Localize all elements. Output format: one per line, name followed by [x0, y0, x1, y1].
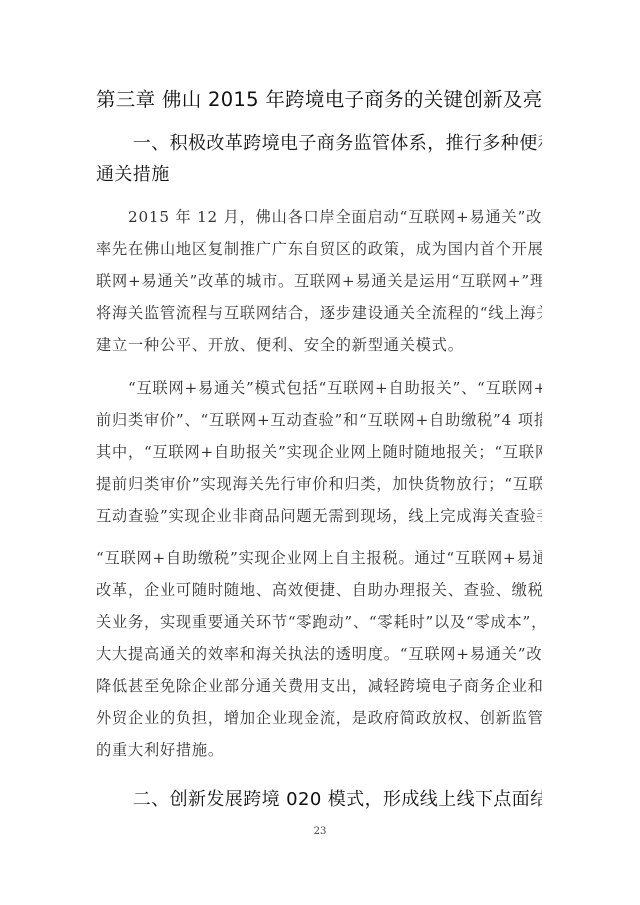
paragraph-2-line-7: 改革，企业可随时随地、高效便捷、自助办理报关、查验、缴税等通 — [96, 579, 542, 600]
paragraph-2-line-12: 的重大利好措施。 — [96, 739, 542, 760]
document-page: 第三章 佛山 2015 年跨境电子商务的关键创新及亮点 一、积极改革跨境电子商务… — [0, 0, 640, 905]
page-number: 23 — [0, 826, 640, 837]
paragraph-2-line-1: “互联网+易通关”模式包括“互联网+自助报关”、“互联网+提 — [96, 377, 542, 398]
paragraph-2-line-11: 外贸企业的负担，增加企业现金流，是政府简政放权、创新监管方式 — [96, 707, 542, 728]
paragraph-2-line-8: 关业务，实现重要通关环节“零跑动”、“零耗时”以及“零成本”， — [96, 611, 542, 632]
paragraph-2-line-5: 互动查验”实现企业非商品问题无需到现场，线上完成海关查验手续； — [96, 505, 542, 526]
chapter-title: 第三章 佛山 2015 年跨境电子商务的关键创新及亮点 — [96, 84, 542, 112]
section-heading-1-line-1: 一、积极改革跨境电子商务监管体系，推行多种便利化 — [96, 129, 542, 155]
paragraph-2-line-2: 前归类审价”、“互联网+互动查验”和“互联网+自助缴税”4 项措施。 — [96, 409, 542, 430]
paragraph-1-line-5: 建立一种公平、开放、便利、安全的新型通关模式。 — [96, 334, 542, 355]
paragraph-2-line-9: 大大提高通关的效率和海关执法的透明度。“互联网+易通关”改革还 — [96, 643, 542, 664]
paragraph-1-line-1: 2015 年 12 月，佛山各口岸全面启动“互联网+易通关”改革， — [96, 206, 542, 227]
paragraph-2-line-10: 降低甚至免除企业部分通关费用支出，减轻跨境电子商务企业和传统 — [96, 675, 542, 696]
paragraph-1-line-3: 联网+易通关”改革的城市。互联网+易通关是运用“互联网+”理念， — [96, 270, 542, 291]
paragraph-2-line-4: 提前归类审价”实现海关先行审价和归类，加快货物放行；“互联网+ — [96, 473, 542, 494]
paragraph-2-line-6: “互联网+自助缴税”实现企业网上自主报税。通过“互联网+易通关” — [96, 547, 542, 568]
paragraph-1-line-2: 率先在佛山地区复制推广广东自贸区的政策，成为国内首个开展“互 — [96, 238, 542, 259]
section-heading-2-line-1: 二、创新发展跨境 020 模式，形成线上线下点面结合的 — [96, 785, 542, 811]
section-heading-1-line-2: 通关措施 — [96, 160, 542, 186]
paragraph-1-line-4: 将海关监管流程与互联网结合，逐步建设通关全流程的“线上海关”， — [96, 302, 542, 323]
paragraph-2-line-3: 其中，“互联网+自助报关”实现企业网上随时随地报关；“互联网+ — [96, 441, 542, 462]
